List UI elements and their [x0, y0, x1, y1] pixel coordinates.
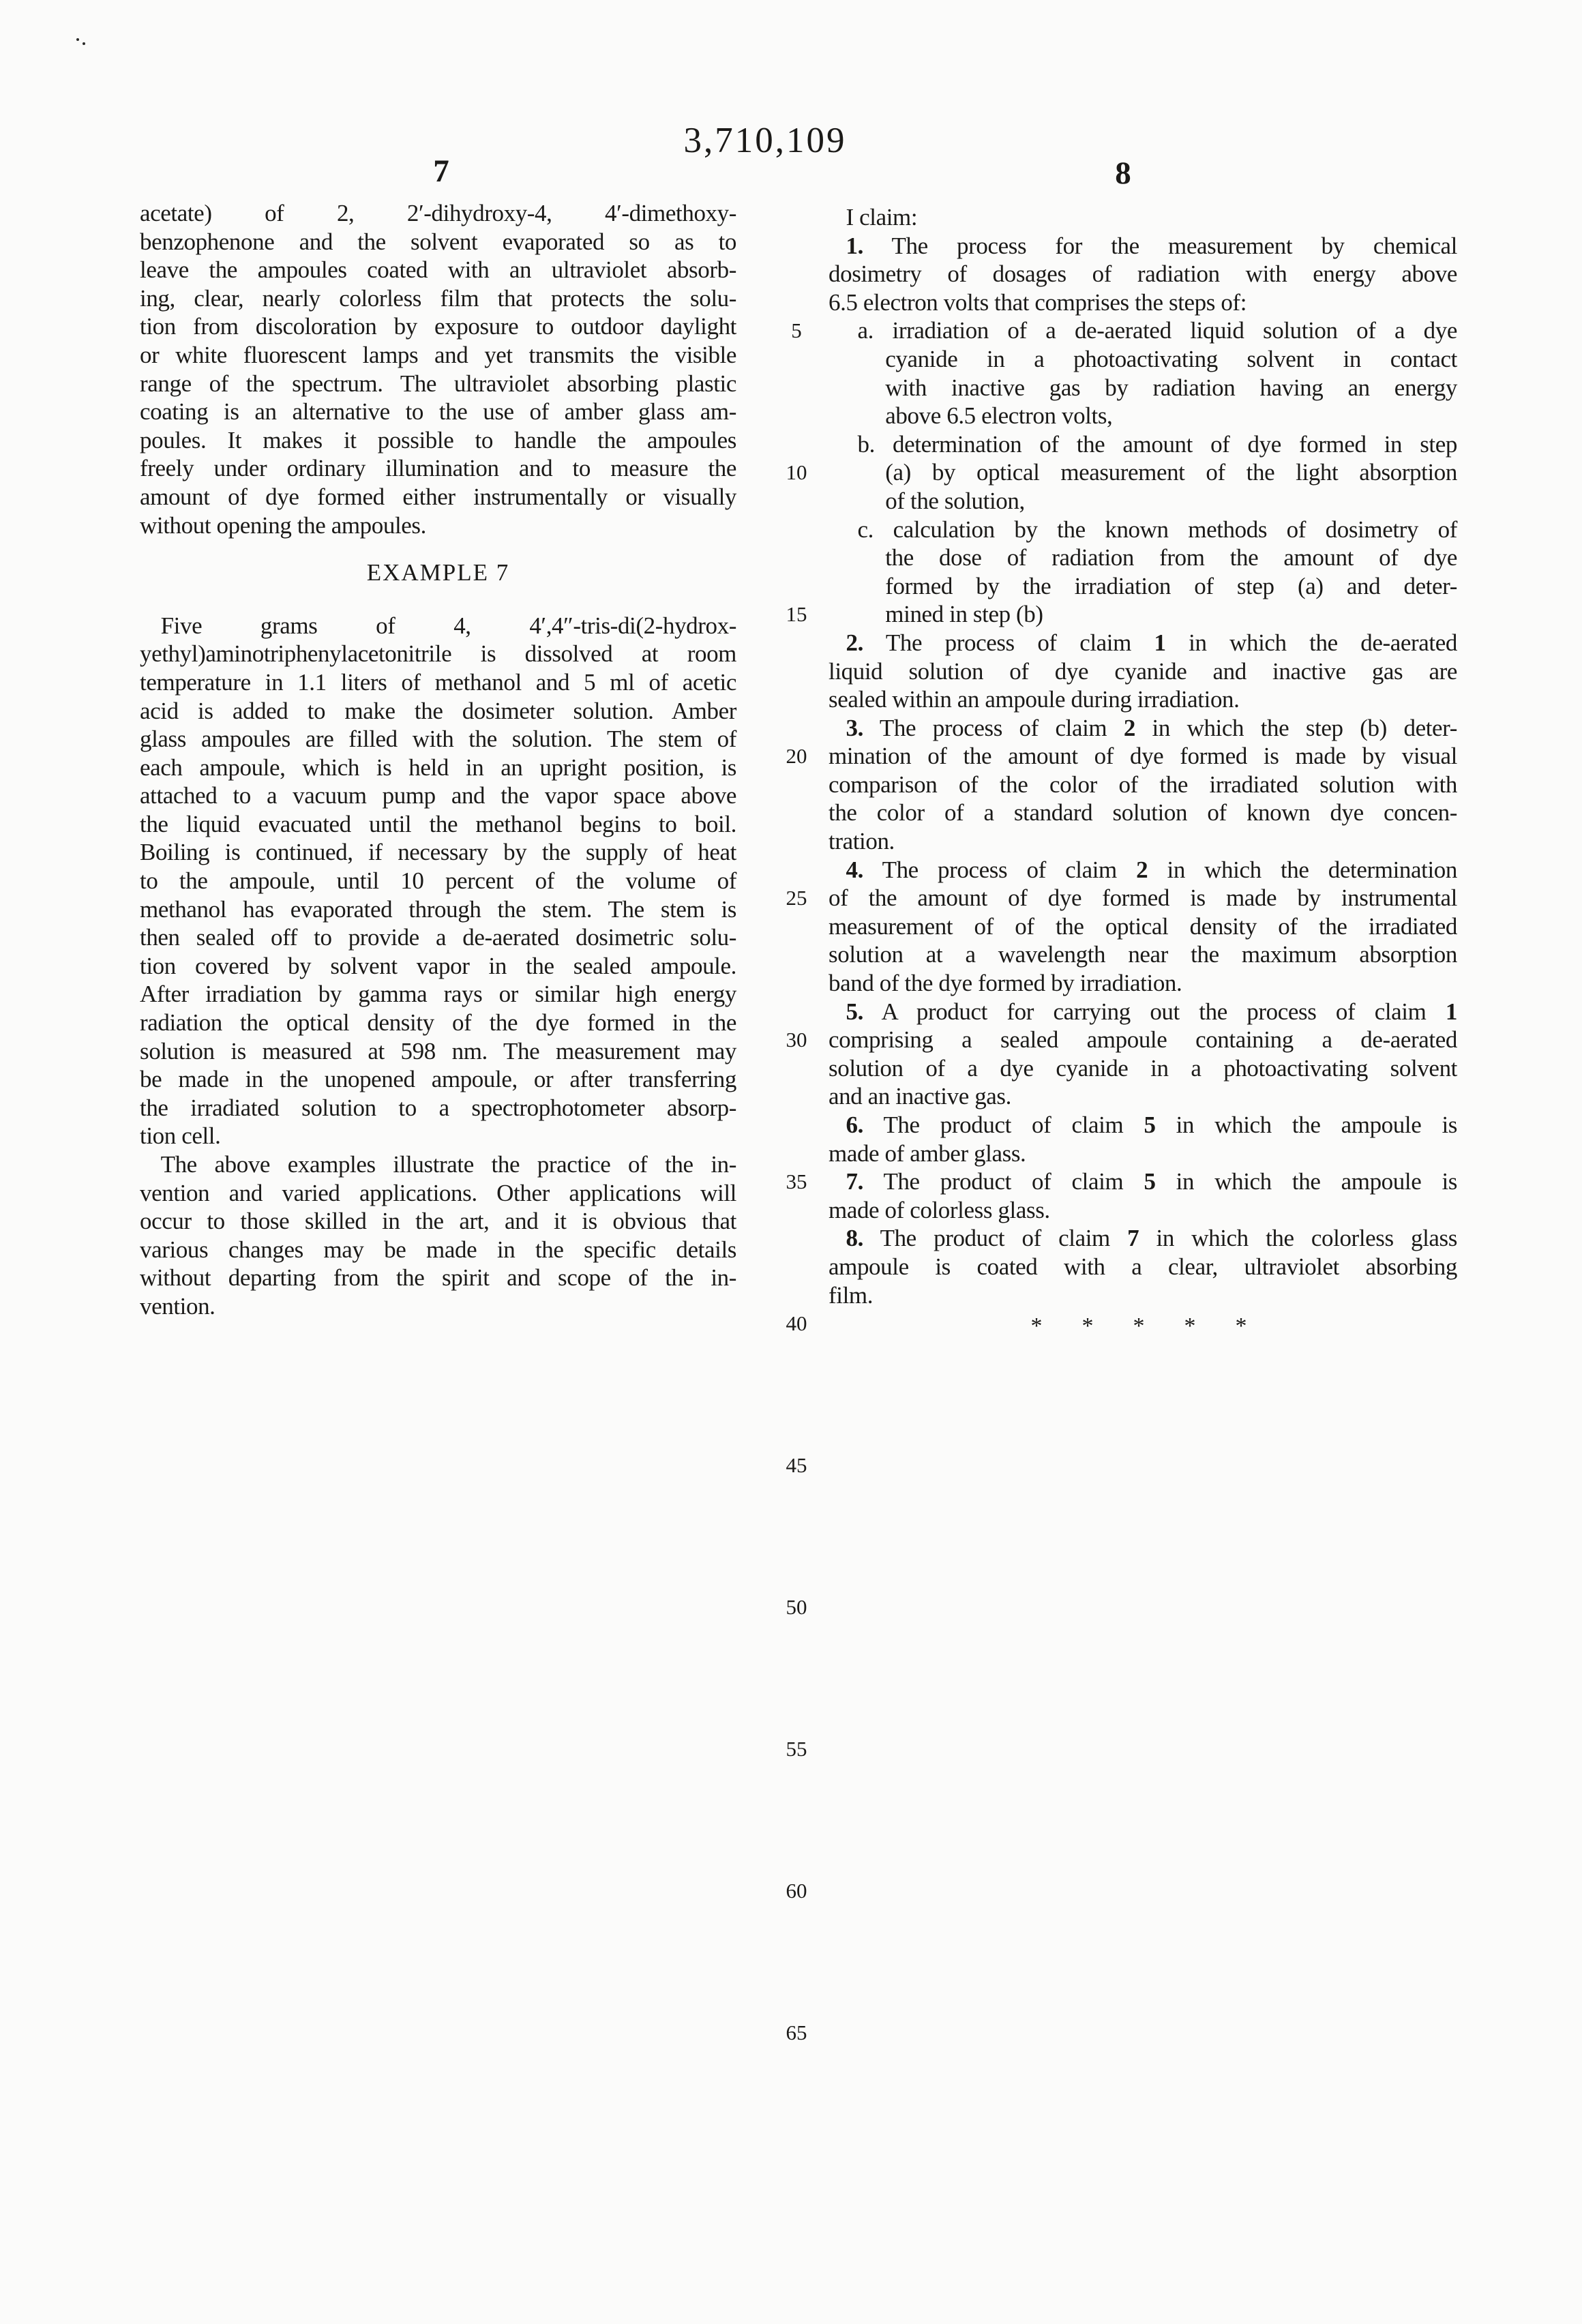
text-run: acetate) of 2, 2′-dihydroxy-4, 4′-dimeth… — [140, 200, 736, 226]
text-line: ing, clear, nearly colorless film that p… — [140, 284, 736, 313]
text-run: The process of claim — [863, 856, 1136, 883]
text-line: tion covered by solvent vapor in the sea… — [140, 952, 736, 981]
text-line: measurement of of the optical density of… — [829, 912, 1457, 941]
bold-text: 2 — [1136, 856, 1148, 883]
text-run: vention. — [140, 1293, 215, 1320]
paragraph: 8. The product of claim 7 in which the c… — [829, 1224, 1457, 1309]
text-run: each ampoule, which is held in an uprigh… — [140, 754, 736, 781]
paragraph: 5. A product for carrying out the proces… — [829, 998, 1457, 1111]
text-run: liquid solution of dye cyanide and inact… — [829, 658, 1457, 685]
text-run: the dose of radiation from the amount of… — [885, 544, 1457, 571]
paragraph: Five grams of 4, 4′,4″-tris-di(2-hydrox-… — [140, 612, 736, 1150]
text-run: occur to those skilled in the art, and i… — [140, 1208, 736, 1234]
text-line: the color of a standard solution of know… — [829, 799, 1457, 827]
text-line: temperature in 1.1 liters of methanol an… — [140, 668, 736, 697]
text-run: yethyl)aminotriphenylacetonitrile is dis… — [140, 640, 736, 667]
text-line: liquid solution of dye cyanide and inact… — [829, 657, 1457, 686]
text-run: without opening the ampoules. — [140, 512, 426, 539]
text-run: with inactive gas by radiation having an… — [885, 374, 1457, 401]
text-line: various changes may be made in the speci… — [140, 1236, 736, 1264]
text-run: measurement of of the optical density of… — [829, 913, 1457, 940]
bold-text: 1. — [846, 233, 863, 259]
text-line: or white fluorescent lamps and yet trans… — [140, 341, 736, 370]
text-run: and an inactive gas. — [829, 1083, 1011, 1109]
text-line: acetate) of 2, 2′-dihydroxy-4, 4′-dimeth… — [140, 199, 736, 228]
paragraph: acetate) of 2, 2′-dihydroxy-4, 4′-dimeth… — [140, 199, 736, 539]
text-line: of the amount of dye formed is made by i… — [829, 884, 1457, 912]
text-line: Boiling is continued, if necessary by th… — [140, 838, 736, 867]
text-line: attached to a vacuum pump and the vapor … — [140, 781, 736, 810]
text-line: mined in step (b) — [829, 600, 1457, 629]
paragraph: b. determination of the amount of dye fo… — [829, 430, 1457, 516]
text-line: range of the spectrum. The ultraviolet a… — [140, 370, 736, 398]
text-run: formed by the irradiation of step (a) an… — [885, 573, 1457, 599]
text-line: methanol has evaporated through the stem… — [140, 895, 736, 924]
text-run: vention and varied applications. Other a… — [140, 1180, 736, 1206]
text-run: made of amber glass. — [829, 1140, 1026, 1167]
text-run: to the ampoule, until 10 percent of the … — [140, 867, 736, 894]
line-number: 40 — [756, 1309, 837, 1338]
text-line: ampoule is coated with a clear, ultravio… — [829, 1253, 1457, 1281]
text-line: benzophenone and the solvent evaporated … — [140, 228, 736, 256]
text-run: tion covered by solvent vapor in the sea… — [140, 953, 736, 979]
line-number: 60 — [756, 1877, 837, 1905]
text-line: freely under ordinary illumination and t… — [140, 454, 736, 483]
text-line: 7. The product of claim 5 in which the a… — [829, 1167, 1457, 1196]
bold-text: 5. — [846, 998, 863, 1025]
paragraph: 2. The process of claim 1 in which the d… — [829, 629, 1457, 714]
paragraph: c. calculation by the known methods of d… — [829, 516, 1457, 629]
line-number: 25 — [756, 884, 837, 912]
text-line: tion from discoloration by exposure to o… — [140, 312, 736, 341]
text-run: comparison of the color of the irradiate… — [829, 771, 1457, 798]
bold-text: 1 — [1154, 629, 1166, 656]
text-run: acid is added to make the dosimeter solu… — [140, 698, 736, 724]
text-run: without departing from the spirit and sc… — [140, 1264, 736, 1291]
text-line: without opening the ampoules. — [140, 511, 736, 540]
text-line: be made in the unopened ampoule, or afte… — [140, 1065, 736, 1094]
text-run: in which the ampoule is — [1156, 1168, 1457, 1195]
line-number: 55 — [756, 1735, 837, 1763]
text-line: After irradiation by gamma rays or simil… — [140, 980, 736, 1009]
text-line: Five grams of 4, 4′,4″-tris-di(2-hydrox- — [140, 612, 736, 640]
text-line: b. determination of the amount of dye fo… — [829, 430, 1457, 459]
line-number: 45 — [756, 1451, 837, 1480]
line-number: 10 — [756, 458, 837, 487]
text-run: 6.5 electron volts that comprises the st… — [829, 289, 1247, 316]
text-line: yethyl)aminotriphenylacetonitrile is dis… — [140, 640, 736, 668]
text-run: solution at a wavelength near the maximu… — [829, 941, 1457, 968]
bold-text: 4. — [846, 856, 863, 883]
paragraph: 1. The process for the measurement by ch… — [829, 232, 1457, 317]
paragraph: I claim: — [829, 203, 1457, 232]
text-run: the color of a standard solution of know… — [829, 799, 1457, 826]
text-line: to the ampoule, until 10 percent of the … — [140, 867, 736, 895]
text-run: comprising a sealed ampoule containing a… — [829, 1026, 1457, 1053]
text-run: band of the dye formed by irradiation. — [829, 970, 1182, 996]
text-run: temperature in 1.1 liters of methanol an… — [140, 669, 736, 696]
text-run: amount of dye formed either instrumental… — [140, 483, 736, 510]
text-run: benzophenone and the solvent evaporated … — [140, 228, 736, 255]
line-number: 20 — [756, 742, 837, 771]
text-line: and an inactive gas. — [829, 1082, 1457, 1111]
line-number: 50 — [756, 1593, 837, 1622]
text-run: radiation the optical density of the dye… — [140, 1009, 736, 1036]
text-line: the dose of radiation from the amount of… — [829, 543, 1457, 572]
text-line: 1. The process for the measurement by ch… — [829, 232, 1457, 260]
text-line: made of colorless glass. — [829, 1196, 1457, 1225]
text-line: tration. — [829, 827, 1457, 856]
text-run: (a) by optical measurement of the light … — [885, 459, 1457, 486]
text-line: then sealed off to provide a de-aerated … — [140, 923, 736, 952]
text-line: 6. The product of claim 5 in which the a… — [829, 1111, 1457, 1139]
text-run: The process of claim — [863, 715, 1124, 741]
stars-separator: * * * * * — [829, 1312, 1457, 1341]
text-run: The product of claim — [863, 1225, 1127, 1251]
text-line: film. — [829, 1281, 1457, 1310]
text-run: The process of claim — [863, 629, 1154, 656]
text-run: A product for carrying out the process o… — [863, 998, 1446, 1025]
text-run: then sealed off to provide a de-aerated … — [140, 924, 736, 951]
scan-speck — [76, 38, 79, 41]
text-line: leave the ampoules coated with an ultrav… — [140, 256, 736, 284]
bold-text: 5 — [1144, 1168, 1155, 1195]
text-line: without departing from the spirit and sc… — [140, 1264, 736, 1292]
text-line: I claim: — [829, 203, 1457, 232]
text-line: with inactive gas by radiation having an… — [829, 374, 1457, 402]
paragraph: 6. The product of claim 5 in which the a… — [829, 1111, 1457, 1167]
patent-page: 3,710,109 7 8 acetate) of 2, 2′-dihydrox… — [0, 0, 1582, 2324]
text-line: 6.5 electron volts that comprises the st… — [829, 288, 1457, 317]
text-run: coating is an alternative to the use of … — [140, 398, 736, 425]
text-run: I claim: — [846, 204, 918, 230]
paragraph: 4. The process of claim 2 in which the d… — [829, 856, 1457, 998]
text-line: 3. The process of claim 2 in which the s… — [829, 714, 1457, 743]
text-line: coating is an alternative to the use of … — [140, 398, 736, 426]
text-line: tion cell. — [140, 1122, 736, 1150]
text-run: b. determination of the amount of dye fo… — [858, 431, 1458, 458]
line-number: 15 — [756, 600, 837, 629]
text-run: The above examples illustrate the practi… — [161, 1151, 736, 1178]
scan-speck — [83, 42, 85, 45]
text-line: comparison of the color of the irradiate… — [829, 771, 1457, 799]
text-line: poules. It makes it possible to handle t… — [140, 426, 736, 455]
text-line: a. irradiation of a de-aerated liquid so… — [829, 316, 1457, 345]
text-line: vention. — [140, 1292, 736, 1321]
text-run: be made in the unopened ampoule, or afte… — [140, 1066, 736, 1092]
bold-text: 5 — [1144, 1112, 1155, 1138]
text-line: (a) by optical measurement of the light … — [829, 458, 1457, 487]
paragraph: 7. The product of claim 5 in which the a… — [829, 1167, 1457, 1224]
text-run: in which the ampoule is — [1156, 1112, 1457, 1138]
line-number: 30 — [756, 1026, 837, 1054]
bold-text: 2 — [1124, 715, 1135, 741]
text-run: Boiling is continued, if necessary by th… — [140, 839, 736, 865]
text-run: tration. — [829, 828, 895, 854]
patent-number: 3,710,109 — [684, 120, 847, 161]
bold-text: 7. — [846, 1168, 863, 1195]
example-heading: EXAMPLE 7 — [140, 558, 736, 587]
bold-text: 8. — [846, 1225, 863, 1251]
text-run: or white fluorescent lamps and yet trans… — [140, 342, 736, 368]
text-run: the irradiated solution to a spectrophot… — [140, 1094, 736, 1121]
text-line: each ampoule, which is held in an uprigh… — [140, 754, 736, 782]
text-run: various changes may be made in the speci… — [140, 1236, 736, 1263]
text-run: a. irradiation of a de-aerated liquid so… — [858, 317, 1458, 344]
text-line: 8. The product of claim 7 in which the c… — [829, 1224, 1457, 1253]
right-text-column: I claim:1. The process for the measureme… — [829, 203, 1457, 1341]
text-run: in which the step (b) deter- — [1135, 715, 1457, 741]
text-line: glass ampoules are filled with the solut… — [140, 725, 736, 754]
text-run: range of the spectrum. The ultraviolet a… — [140, 370, 736, 397]
text-line: band of the dye formed by irradiation. — [829, 969, 1457, 998]
text-line: occur to those skilled in the art, and i… — [140, 1207, 736, 1236]
paragraph: 3. The process of claim 2 in which the s… — [829, 714, 1457, 856]
text-line: the irradiated solution to a spectrophot… — [140, 1094, 736, 1122]
text-line: solution of a dye cyanide in a photoacti… — [829, 1054, 1457, 1083]
text-run: in which the determination — [1148, 856, 1457, 883]
text-line: 2. The process of claim 1 in which the d… — [829, 629, 1457, 657]
text-line: vention and varied applications. Other a… — [140, 1179, 736, 1208]
bold-text: 6. — [846, 1112, 863, 1138]
paragraph: a. irradiation of a de-aerated liquid so… — [829, 316, 1457, 430]
text-run: ampoule is coated with a clear, ultravio… — [829, 1253, 1457, 1280]
text-run: glass ampoules are filled with the solut… — [140, 726, 736, 752]
text-run: The product of claim — [863, 1112, 1144, 1138]
left-text-column: acetate) of 2, 2′-dihydroxy-4, 4′-dimeth… — [140, 199, 736, 1321]
bold-text: 2. — [846, 629, 863, 656]
line-number: 5 — [756, 316, 837, 345]
column-number-right: 8 — [1115, 155, 1131, 192]
text-line: amount of dye formed either instrumental… — [140, 483, 736, 511]
text-line: dosimetry of dosages of radiation with e… — [829, 260, 1457, 288]
text-line: above 6.5 electron volts, — [829, 402, 1457, 430]
text-run: cyanide in a photoactivating solvent in … — [885, 346, 1457, 372]
text-line: mination of the amount of dye formed is … — [829, 742, 1457, 771]
line-number: 35 — [756, 1167, 837, 1196]
bold-text: 7 — [1127, 1225, 1139, 1251]
text-run: leave the ampoules coated with an ultrav… — [140, 256, 736, 283]
text-run: of the solution, — [885, 488, 1025, 514]
text-run: poules. It makes it possible to handle t… — [140, 427, 736, 453]
text-run: solution of a dye cyanide in a photoacti… — [829, 1055, 1457, 1082]
text-run: The product of claim — [863, 1168, 1144, 1195]
text-line: 5. A product for carrying out the proces… — [829, 998, 1457, 1026]
paragraph: The above examples illustrate the practi… — [140, 1150, 736, 1321]
text-run: freely under ordinary illumination and t… — [140, 455, 736, 481]
text-run: sealed within an ampoule during irradiat… — [829, 686, 1240, 713]
text-run: film. — [829, 1282, 873, 1309]
text-run: ing, clear, nearly colorless film that p… — [140, 285, 736, 312]
text-run: of the amount of dye formed is made by i… — [829, 884, 1457, 911]
text-line: sealed within an ampoule during irradiat… — [829, 685, 1457, 714]
text-line: solution at a wavelength near the maximu… — [829, 940, 1457, 969]
text-run: The process for the measurement by chemi… — [863, 233, 1457, 259]
text-line: acid is added to make the dosimeter solu… — [140, 697, 736, 726]
bold-text: 1 — [1446, 998, 1457, 1025]
text-run: the liquid evacuated until the methanol … — [140, 811, 736, 837]
text-run: Five grams of 4, 4′,4″-tris-di(2-hydrox- — [161, 612, 736, 639]
text-line: solution is measured at 598 nm. The meas… — [140, 1037, 736, 1066]
text-run: EXAMPLE 7 — [367, 559, 510, 586]
text-run: tion from discoloration by exposure to o… — [140, 313, 736, 340]
text-run: mination of the amount of dye formed is … — [829, 743, 1457, 769]
text-line: The above examples illustrate the practi… — [140, 1150, 736, 1179]
text-run: c. calculation by the known methods of d… — [858, 516, 1458, 543]
text-line: c. calculation by the known methods of d… — [829, 516, 1457, 544]
text-line: 4. The process of claim 2 in which the d… — [829, 856, 1457, 884]
text-line: comprising a sealed ampoule containing a… — [829, 1026, 1457, 1054]
column-number-left: 7 — [433, 153, 449, 190]
text-line: formed by the irradiation of step (a) an… — [829, 572, 1457, 601]
text-line: made of amber glass. — [829, 1139, 1457, 1168]
text-run: above 6.5 electron volts, — [885, 402, 1112, 429]
text-line: cyanide in a photoactivating solvent in … — [829, 345, 1457, 374]
text-run: made of colorless glass. — [829, 1197, 1050, 1223]
text-line: of the solution, — [829, 487, 1457, 516]
text-run: mined in step (b) — [885, 601, 1043, 627]
text-run: tion cell. — [140, 1122, 220, 1149]
text-run: methanol has evaporated through the stem… — [140, 896, 736, 923]
text-run: After irradiation by gamma rays or simil… — [140, 981, 736, 1007]
bold-text: 3. — [846, 715, 863, 741]
line-number: 65 — [756, 2018, 837, 2047]
text-run: dosimetry of dosages of radiation with e… — [829, 260, 1457, 287]
text-line: radiation the optical density of the dye… — [140, 1009, 736, 1037]
text-run: in which the de-aerated — [1166, 629, 1457, 656]
text-run: in which the colorless glass — [1139, 1225, 1457, 1251]
text-run: attached to a vacuum pump and the vapor … — [140, 782, 736, 809]
text-run: solution is measured at 598 nm. The meas… — [140, 1038, 736, 1064]
text-line: the liquid evacuated until the methanol … — [140, 810, 736, 839]
